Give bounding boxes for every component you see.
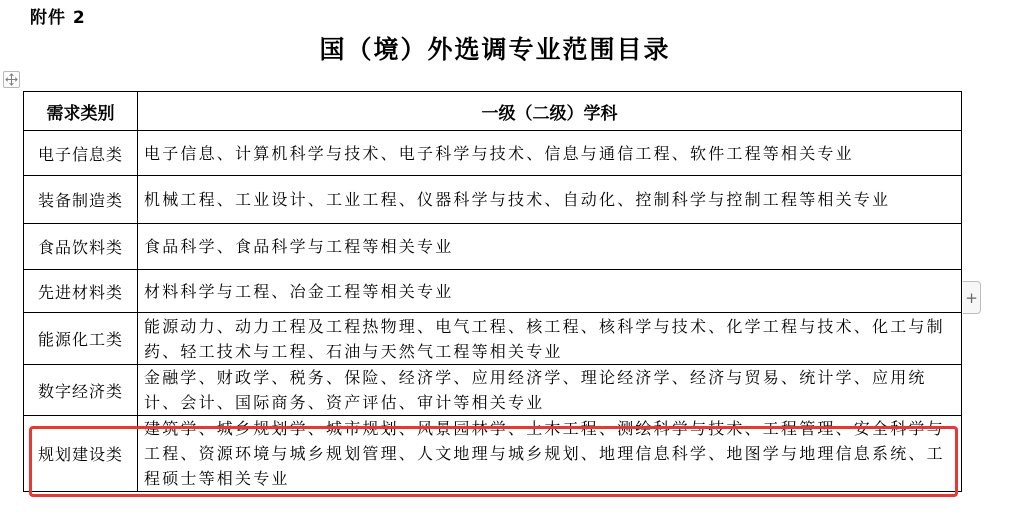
subjects-cell: 机械工程、工业设计、工业工程、仪器科学与技术、自动化、控制科学与控制工程等相关专… xyxy=(138,176,962,224)
subjects-cell: 材料科学与工程、冶金工程等相关专业 xyxy=(138,270,962,313)
header-subjects: 一级（二级）学科 xyxy=(138,92,962,131)
category-cell: 先进材料类 xyxy=(24,270,138,313)
table-row: 食品饮料类 食品科学、食品科学与工程等相关专业 xyxy=(24,224,962,270)
document-title: 国（境）外选调专业范围目录 xyxy=(0,30,990,66)
subjects-cell: 电子信息、计算机科学与技术、电子科学与技术、信息与通信工程、软件工程等相关专业 xyxy=(138,131,962,176)
subjects-cell: 建筑学、城乡规划学、城市规划、风景园林学、土木工程、测绘科学与技术、工程管理、安… xyxy=(138,416,962,492)
subjects-cell: 能源动力、动力工程及工程热物理、电气工程、核工程、核科学与技术、化学工程与技术、… xyxy=(138,313,962,365)
table-row: 电子信息类 电子信息、计算机科学与技术、电子科学与技术、信息与通信工程、软件工程… xyxy=(24,131,962,176)
category-cell: 能源化工类 xyxy=(24,313,138,365)
move-arrows-icon xyxy=(5,73,18,86)
category-cell: 数字经济类 xyxy=(24,365,138,416)
subjects-cell: 食品科学、食品科学与工程等相关专业 xyxy=(138,224,962,270)
major-catalog-table: 需求类别 一级（二级）学科 电子信息类 电子信息、计算机科学与技术、电子科学与技… xyxy=(23,91,962,492)
table-row: 先进材料类 材料科学与工程、冶金工程等相关专业 xyxy=(24,270,962,313)
category-cell: 装备制造类 xyxy=(24,176,138,224)
table-row: 能源化工类 能源动力、动力工程及工程热物理、电气工程、核工程、核科学与技术、化学… xyxy=(24,313,962,365)
attachment-label: 附件 2 xyxy=(30,3,86,28)
category-cell: 规划建设类 xyxy=(24,416,138,492)
header-category: 需求类别 xyxy=(24,92,138,131)
table-row: 装备制造类 机械工程、工业设计、工业工程、仪器科学与技术、自动化、控制科学与控制… xyxy=(24,176,962,224)
table-row: 数字经济类 金融学、财政学、税务、保险、经济学、应用经济学、理论经济学、经济与贸… xyxy=(24,365,962,416)
table-row-highlighted: 规划建设类 建筑学、城乡规划学、城市规划、风景园林学、土木工程、测绘科学与技术、… xyxy=(24,416,962,492)
table-header-row: 需求类别 一级（二级）学科 xyxy=(24,92,962,131)
category-cell: 食品饮料类 xyxy=(24,224,138,270)
add-column-button[interactable]: + xyxy=(963,281,981,314)
subjects-cell: 金融学、财政学、税务、保险、经济学、应用经济学、理论经济学、经济与贸易、统计学、… xyxy=(138,365,962,416)
category-cell: 电子信息类 xyxy=(24,131,138,176)
table-move-handle[interactable] xyxy=(3,71,20,88)
